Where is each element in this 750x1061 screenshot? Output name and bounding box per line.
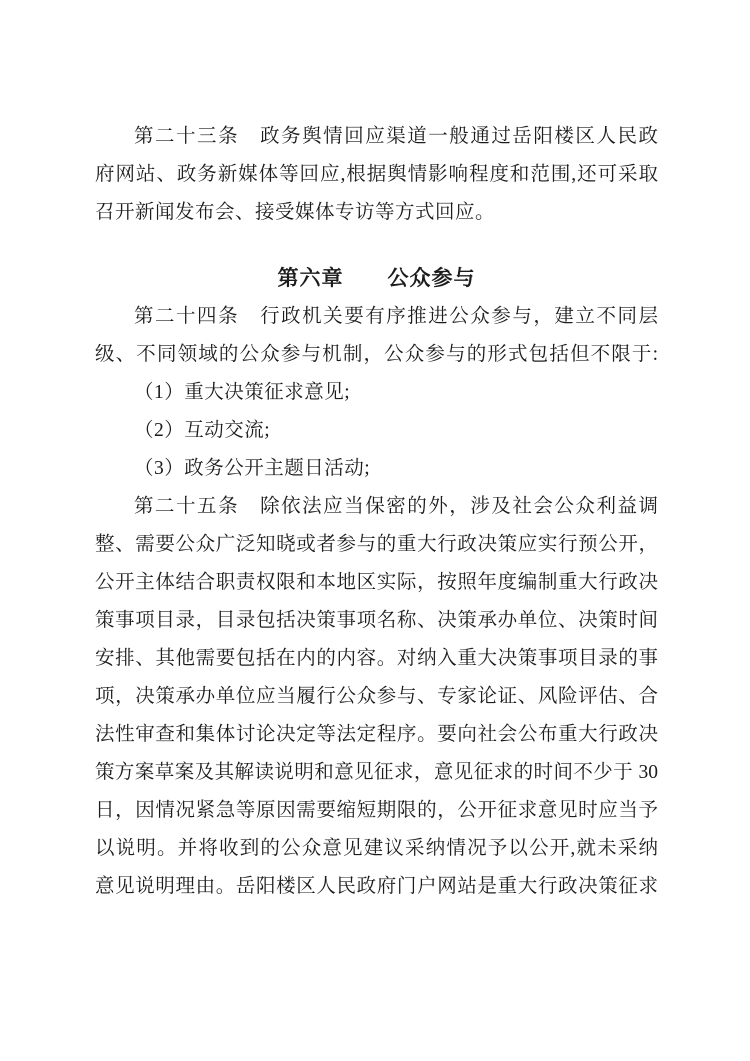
text-line: 以说明。并将收到的公众意见建议采纳情况予以公开,就未采纳 [95,830,658,868]
text-line: 级、不同领域的公众参与机制，公众参与的形式包括但不限于: [95,336,658,374]
document-body: 第二十三条 政务舆情回应渠道一般通过岳阳楼区人民政 府网站、政务新媒体等回应,根… [95,118,658,906]
text-line: 意见说明理由。岳阳楼区人民政府门户网站是重大行政决策征求 [95,868,658,906]
text-line: 第二十五条 除依法应当保密的外，涉及社会公众利益调 [95,488,658,526]
text-line: 府网站、政务新媒体等回应,根据舆情影响程度和范围,还可采取 [95,156,658,194]
text-line: 召开新闻发布会、接受媒体专访等方式回应。 [95,194,658,232]
text-line: 日，因情况紧急等原因需要缩短期限的，公开征求意见时应当予 [95,792,658,830]
text-line: 法性审查和集体讨论决定等法定程序。要向社会公布重大行政决 [95,716,658,754]
list-item-line: （3）政务公开主题日活动; [95,450,658,488]
text-line: 安排、其他需要包括在内的内容。对纳入重大决策事项目录的事 [95,640,658,678]
list-item-line: （2）互动交流; [95,412,658,450]
text-line: 策事项目录，目录包括决策事项名称、决策承办单位、决策时间 [95,602,658,640]
text-line: 公开主体结合职责权限和本地区实际，按照年度编制重大行政决 [95,564,658,602]
chapter-heading: 第六章 公众参与 [95,260,658,298]
text-line: 整、需要公众广泛知晓或者参与的重大行政决策应实行预公开， [95,526,658,564]
list-item-line: （1）重大决策征求意见; [95,374,658,412]
document-page: 第二十三条 政务舆情回应渠道一般通过岳阳楼区人民政 府网站、政务新媒体等回应,根… [0,0,750,1061]
text-line: 项，决策承办单位应当履行公众参与、专家论证、风险评估、合 [95,678,658,716]
text-line: 策方案草案及其解读说明和意见征求，意见征求的时间不少于 30 [95,754,658,792]
text-line: 第二十三条 政务舆情回应渠道一般通过岳阳楼区人民政 [95,118,658,156]
text-line: 第二十四条 行政机关要有序推进公众参与，建立不同层 [95,298,658,336]
